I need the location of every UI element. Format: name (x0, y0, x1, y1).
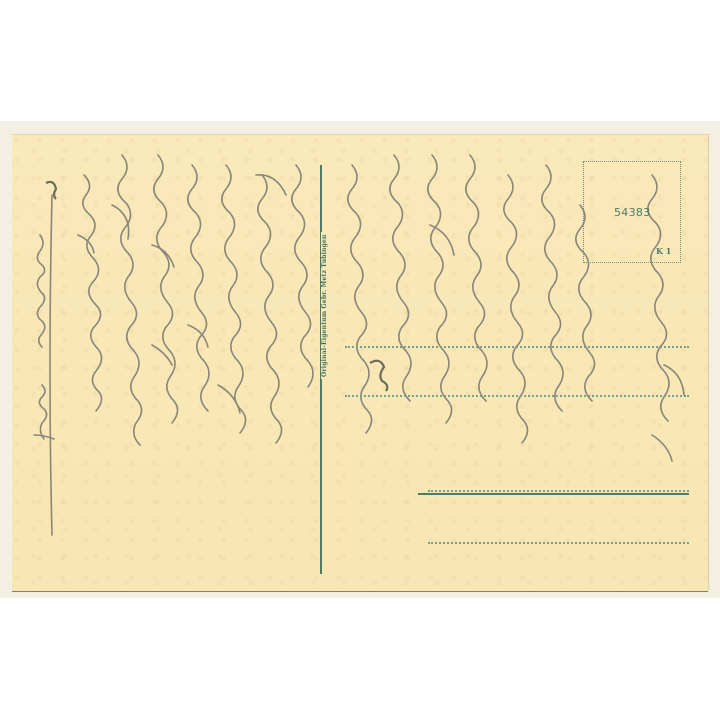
handwriting-text: 3.06 47 Lieber Vater Mutter Grüße danke … (12, 135, 13, 136)
stamp-box: 54383 K 1 (583, 161, 681, 263)
postcard: Original-Eigentum Gebr. Metz Tübingen 54… (12, 134, 708, 591)
stamp-serial-number: 54383 (614, 206, 651, 219)
address-line-2 (345, 395, 689, 397)
address-line-4 (428, 542, 689, 544)
address-line-1 (345, 346, 689, 348)
publisher-imprint: Original-Eigentum Gebr. Metz Tübingen (321, 232, 328, 379)
address-line-3 (428, 490, 689, 492)
handwriting-fragment: 3.06 (12, 135, 13, 136)
stamp-mark: K 1 (656, 246, 671, 256)
address-underline (418, 493, 689, 495)
